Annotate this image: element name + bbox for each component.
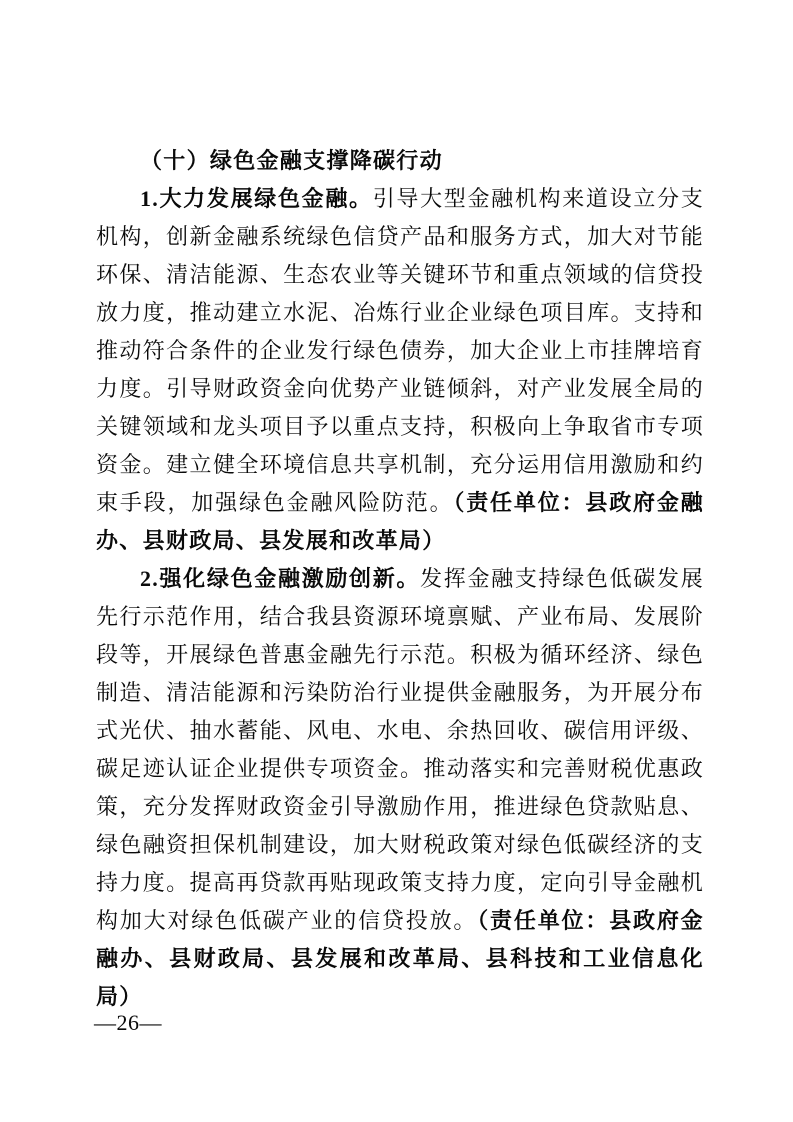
document-page: （十）绿色金融支撑降碳行动 1.大力发展绿色金融。引导大型金融机构来道设立分支机… xyxy=(0,0,793,1122)
section-heading: （十）绿色金融支撑降碳行动 xyxy=(96,142,704,180)
paragraph-1-lead: 1.大力发展绿色金融。 xyxy=(140,186,373,211)
document-text-block: （十）绿色金融支撑降碳行动 1.大力发展绿色金融。引导大型金融机构来道设立分支机… xyxy=(96,142,704,1016)
page-number: —26— xyxy=(94,1010,162,1036)
paragraph-2-lead: 2.强化绿色金融激励创新。 xyxy=(140,566,420,591)
paragraph-2-body: 发挥金融支持绿色低碳发展先行示范作用，结合我县资源环境禀赋、产业布局、发展阶段等… xyxy=(96,566,704,933)
paragraph-1-body: 引导大型金融机构来道设立分支机构，创新金融系统绿色信贷产品和服务方式，加大对节能… xyxy=(96,186,704,515)
paragraph-2: 2.强化绿色金融激励创新。发挥金融支持绿色低碳发展先行示范作用，结合我县资源环境… xyxy=(96,560,704,1016)
paragraph-1: 1.大力发展绿色金融。引导大型金融机构来道设立分支机构，创新金融系统绿色信贷产品… xyxy=(96,180,704,560)
